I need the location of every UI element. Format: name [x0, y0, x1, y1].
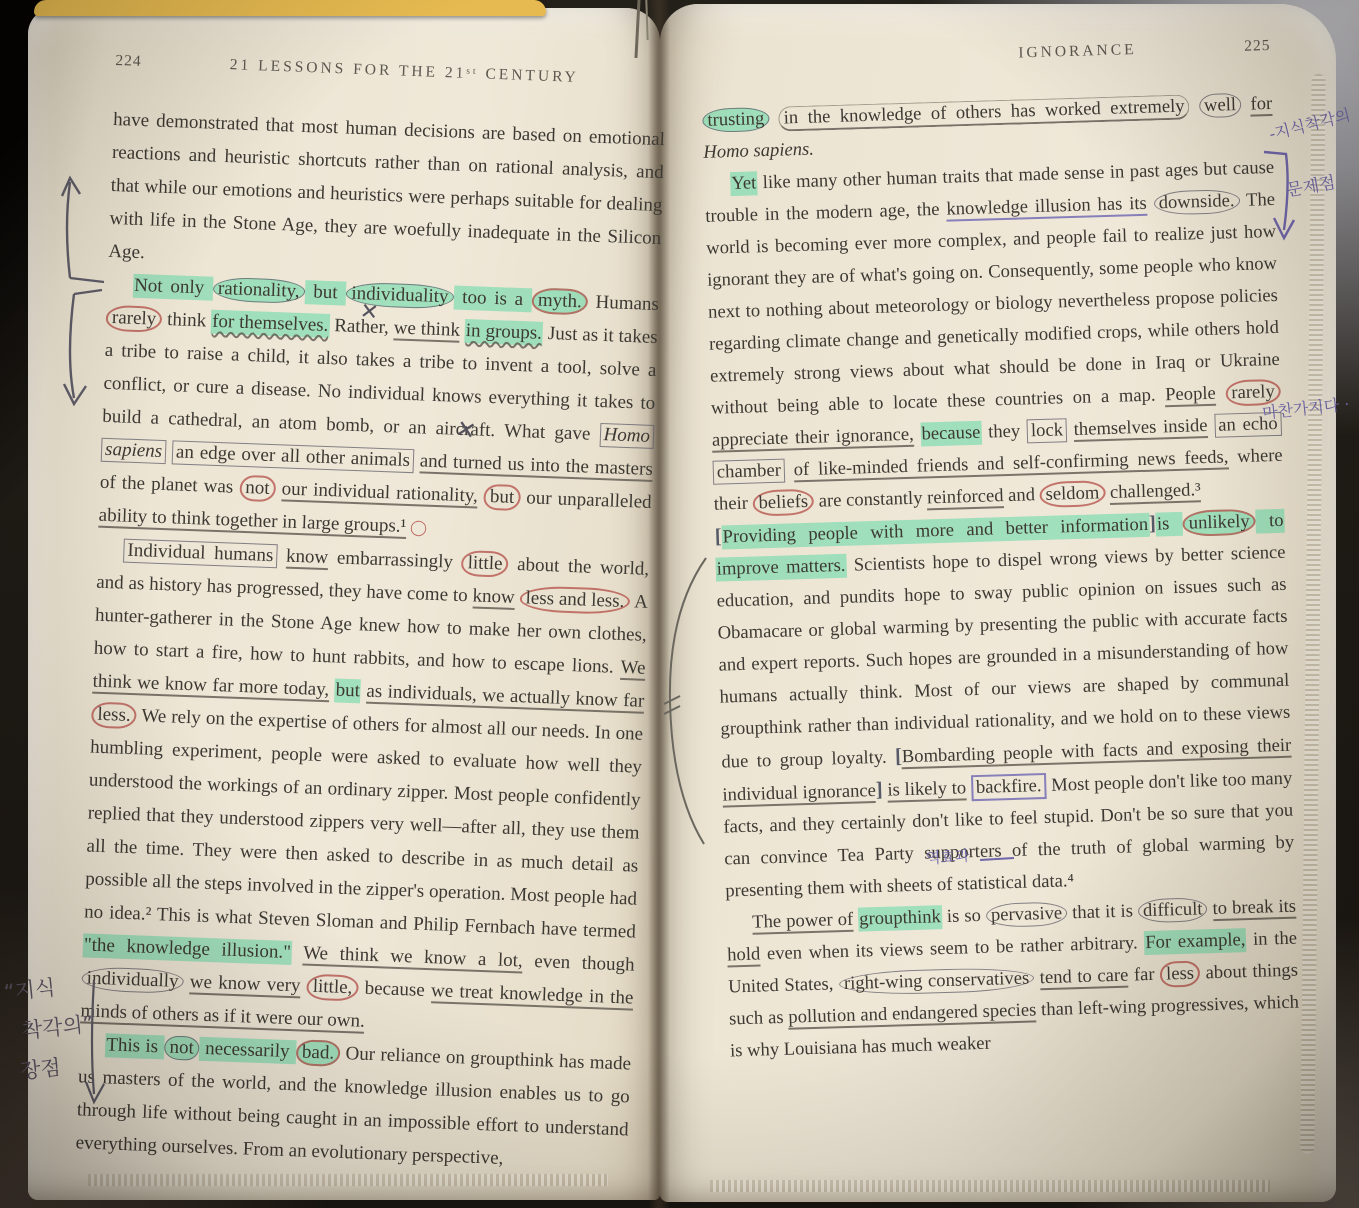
text-segment: but — [334, 678, 361, 703]
text-segment: that it is — [1067, 900, 1138, 923]
text-segment: bad. — [295, 1039, 340, 1067]
left-page-header: 224 21 LESSONS FOR THE 21ˢᵗ CENTURY — [115, 44, 668, 97]
text-segment: Humans — [587, 291, 659, 315]
text-segment: tend to care — [1039, 965, 1128, 991]
paragraph: This is not necessarily bad. Our relianc… — [75, 1027, 631, 1179]
text-segment: of the planet was — [100, 472, 240, 498]
text-segment: is likely to — [887, 777, 966, 802]
text-segment: even when its views seem to be rather ar… — [760, 932, 1145, 964]
text-segment: "the knowledge illusion." — [83, 933, 293, 965]
text-segment: trusting — [702, 107, 770, 133]
text-segment: difficult — [1138, 897, 1208, 923]
text-segment: The power of — [752, 909, 854, 935]
text-segment — [1215, 382, 1225, 403]
text-segment: This is — [105, 1033, 165, 1059]
left-text-block: 224 21 LESSONS FOR THE 21ˢᵗ CENTURY have… — [75, 44, 668, 1179]
text-segment: appreciate their ignorance, — [712, 424, 915, 453]
text-segment: little — [461, 550, 509, 578]
text-segment: We think we know a lot, — [303, 942, 523, 973]
text-segment: seldom — [1039, 480, 1105, 508]
right-page-content: IGNORANCE 225 trusting in the knowledge … — [660, 4, 1336, 1202]
text-segment: knowledge illusion has its — [946, 193, 1147, 222]
text-segment: and — [1003, 484, 1040, 506]
text-segment: pervasive — [986, 901, 1068, 927]
text-segment: Providing people with more and better in… — [721, 513, 1149, 550]
text-segment: lock — [1027, 418, 1068, 443]
text-segment: individuality — [346, 282, 454, 310]
text-segment: our unparalleled — [520, 487, 652, 513]
paragraph: [Providing people with more and better i… — [714, 504, 1295, 908]
margin-arrow-up — [56, 166, 116, 286]
text-segment: our individual rationality, — [281, 478, 478, 508]
text-segment: groupthink — [858, 905, 942, 931]
text-segment: is so — [942, 905, 987, 927]
text-segment: pollution and endangered species — [788, 999, 1037, 1029]
text-segment: for — [1250, 93, 1272, 117]
text-segment: Just as it takes a tribe to raise a chil… — [102, 323, 658, 445]
text-segment: know — [472, 585, 515, 610]
paragraph: Individual humans know embarrassingly li… — [80, 533, 650, 1048]
text-segment: challenged.³ — [1110, 479, 1201, 505]
text-segment: as individuals, we actually know far — [366, 681, 645, 714]
text-segment: not — [239, 475, 276, 502]
text-segment: too is a — [453, 286, 532, 313]
text-segment — [1207, 415, 1214, 436]
text-segment — [1146, 193, 1154, 214]
text-segment: we think — [393, 317, 460, 342]
text-segment: have demonstrated that most human decisi… — [108, 109, 665, 263]
right-page-header: IGNORANCE 225 — [700, 30, 1271, 79]
text-segment: and turned us into the masters — [419, 450, 653, 482]
text-segment: far — [1128, 964, 1160, 986]
text-segment: in the knowledge of others has worked ex… — [778, 94, 1190, 131]
left-page-content: 224 21 LESSONS FOR THE 21ˢᵗ CENTURY have… — [28, 8, 660, 1200]
text-segment: Our reliance on groupthink has made us m… — [75, 1043, 631, 1169]
paragraph: The power of groupthink is so pervasive … — [726, 891, 1300, 1068]
text-segment: Homo sapiens. — [703, 139, 814, 163]
backfire-note-tail — [978, 852, 1018, 868]
paragraph: Yet like many other human traits that ma… — [704, 152, 1284, 521]
text-segment: is — [1156, 512, 1184, 537]
text-segment: they — [981, 420, 1027, 442]
text-segment: we know very — [189, 971, 301, 998]
right-page-bottom-edges — [710, 1180, 1270, 1192]
text-segment: unlikely — [1182, 509, 1256, 537]
left-page-number: 224 — [115, 44, 142, 78]
right-page-number: 225 — [1244, 30, 1271, 63]
text-segment: Not only — [133, 274, 214, 301]
text-segment: know — [286, 546, 329, 571]
text-segment: not — [164, 1035, 199, 1060]
right-text-block: IGNORANCE 225 trusting in the knowledge … — [700, 30, 1300, 1067]
margin-curly-paren — [662, 552, 712, 852]
text-segment: are constantly — [814, 487, 928, 511]
text-segment: necessarily — [198, 1037, 296, 1065]
margin-arrow-down — [58, 286, 118, 416]
text-segment: Yet — [730, 171, 758, 196]
text-segment: Individual humans — [123, 539, 278, 569]
text-segment: because — [920, 421, 982, 447]
text-segment: in groups. — [464, 319, 543, 346]
text-segment: because — [358, 978, 431, 1002]
text-segment: beliefs — [752, 489, 814, 517]
right-page-edges — [1300, 74, 1325, 1154]
text-segment: think — [162, 309, 212, 332]
paragraph: have demonstrated that most human decisi… — [108, 103, 666, 288]
text-segment: People — [1165, 383, 1216, 407]
text-segment: less. — [91, 702, 137, 730]
text-segment: an edge over all other animals — [172, 440, 415, 473]
text-segment: Rather, — [329, 315, 394, 338]
text-segment: We rely on the expertise of others for a… — [84, 705, 644, 942]
text-segment — [277, 545, 286, 566]
text-segment: ◯ — [406, 519, 427, 537]
text-segment: downside. — [1153, 189, 1240, 216]
purple-bracket-arrow — [1260, 146, 1300, 256]
text-segment — [1189, 95, 1199, 116]
text-segment: embarrassingly — [328, 547, 462, 573]
text-segment: for themselves. — [211, 310, 330, 338]
text-segment: rationality, — [213, 277, 305, 304]
text-segment: well — [1199, 93, 1242, 118]
text-segment: even though — [522, 951, 635, 976]
text-segment: but — [304, 280, 347, 306]
text-segment: less — [1160, 960, 1201, 987]
text-segment: backfire. — [971, 773, 1047, 801]
text-segment: right-wing conservatives — [839, 966, 1035, 996]
paragraph: Not only rationality, but individuality … — [98, 268, 659, 553]
text-segment: less and less. — [519, 585, 631, 615]
margin-bracket-line — [80, 976, 110, 1116]
text-segment: rarely — [1225, 379, 1281, 407]
book-photo: 224 21 LESSONS FOR THE 21ˢᵗ CENTURY have… — [0, 0, 1359, 1208]
text-segment: but — [483, 484, 520, 511]
text-segment — [785, 459, 794, 480]
text-segment: of like-minded friends and self-confirmi… — [793, 446, 1228, 482]
text-segment: themselves inside — [1073, 415, 1207, 442]
text-segment: reinforced — [927, 485, 1004, 510]
text-segment: For example, — [1144, 928, 1247, 955]
text-segment: little, — [306, 974, 358, 1002]
left-running-title: 21 LESSONS FOR THE 21ˢᵗ CENTURY — [229, 48, 579, 94]
text-segment: myth. — [532, 287, 589, 315]
right-running-title: IGNORANCE — [1018, 34, 1137, 69]
